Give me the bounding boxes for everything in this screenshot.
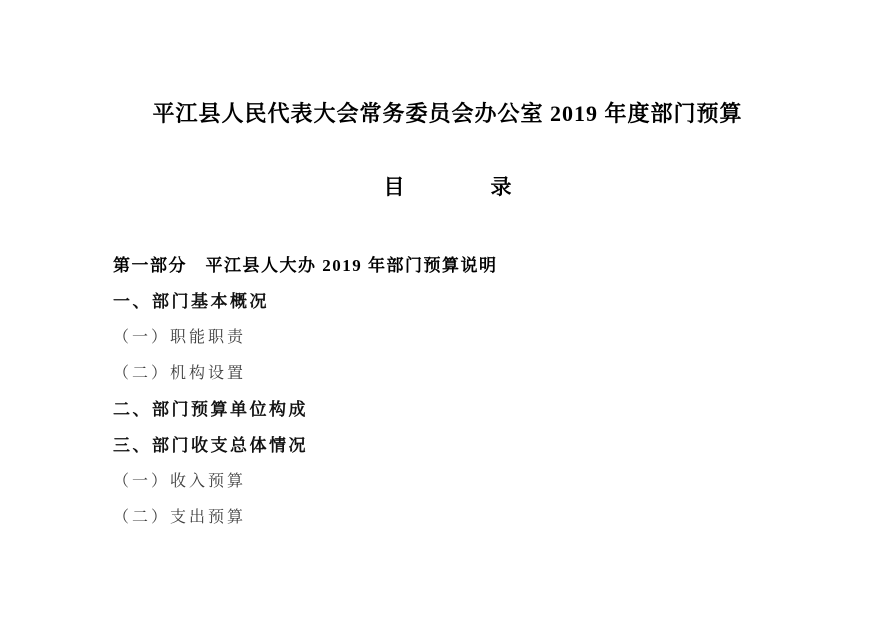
document-page: 平江县人民代表大会常务委员会办公室 2019 年度部门预算 目 录 第一部分 平… <box>0 0 895 632</box>
toc-item-part-1: 第一部分 平江县人大办 2019 年部门预算说明 <box>113 245 835 281</box>
toc-item-section-3: 三、部门收支总体情况 <box>113 425 835 461</box>
document-title: 平江县人民代表大会常务委员会办公室 2019 年度部门预算 <box>0 97 895 128</box>
toc-item-sub-3-2: （二）支出预算 <box>113 497 835 533</box>
toc-heading: 目 录 <box>0 171 895 201</box>
toc-item-sub-3-1: （一）收入预算 <box>113 461 835 497</box>
toc-heading-char-left: 目 <box>384 171 405 201</box>
toc-item-section-1: 一、部门基本概况 <box>113 281 835 317</box>
toc-item-sub-1-1: （一）职能职责 <box>113 317 835 353</box>
toc-heading-char-right: 录 <box>491 171 512 201</box>
toc-item-sub-1-2: （二）机构设置 <box>113 353 835 389</box>
toc-list: 第一部分 平江县人大办 2019 年部门预算说明 一、部门基本概况 （一）职能职… <box>113 245 835 533</box>
toc-item-section-2: 二、部门预算单位构成 <box>113 389 835 425</box>
